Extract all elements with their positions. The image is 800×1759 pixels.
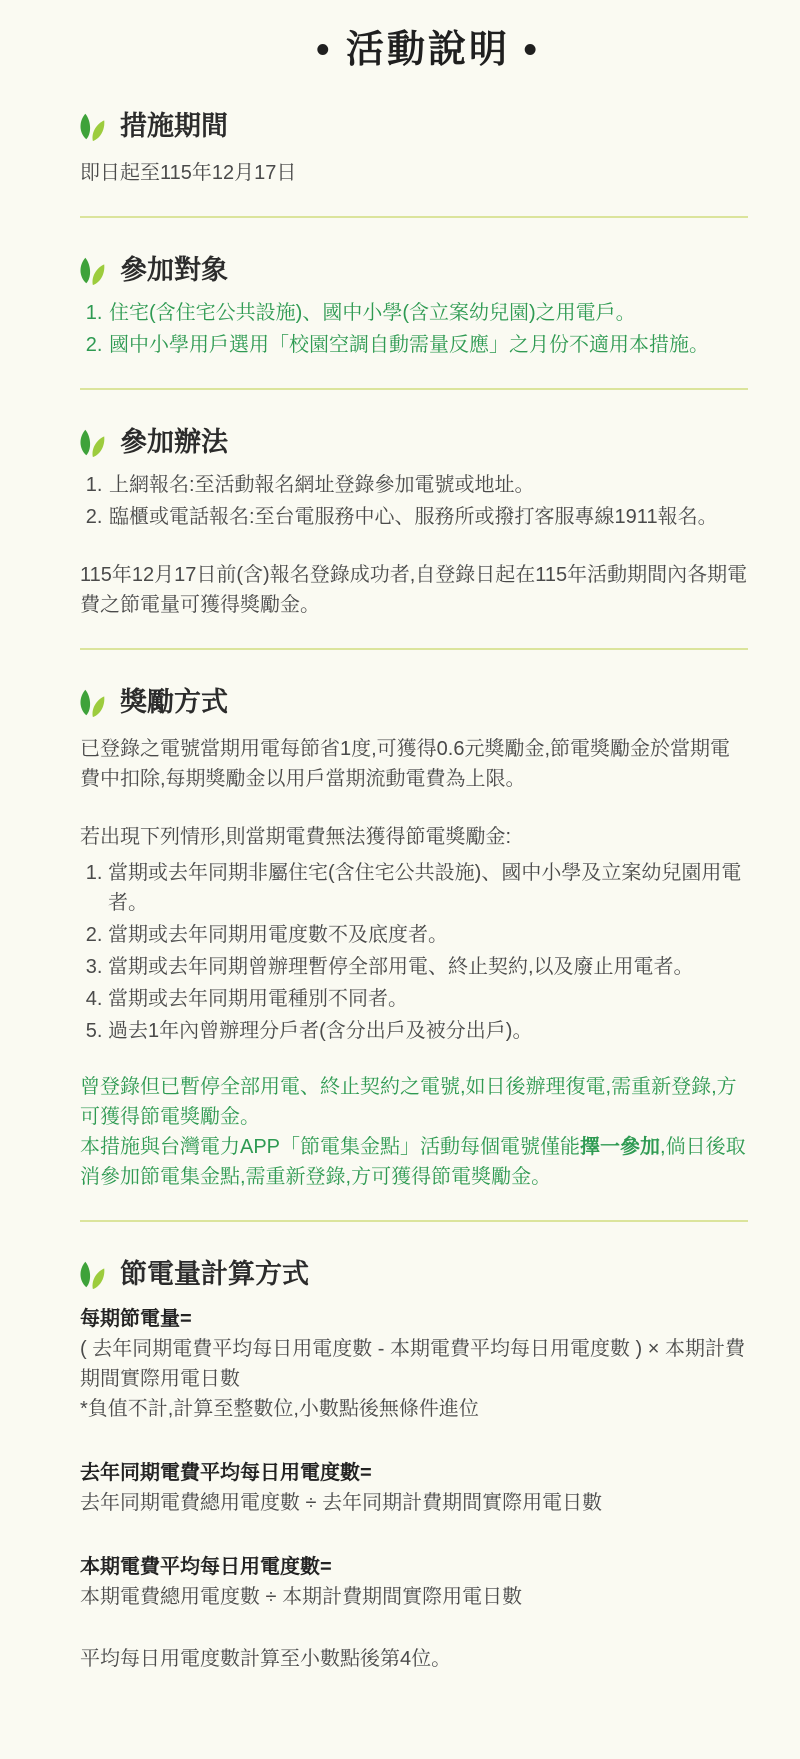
section-heading-label: 節電量計算方式 [120, 1256, 309, 1292]
formula-note: *負值不計,計算至整數位,小數點後無條件進位 [80, 1394, 748, 1424]
reward-intro: 已登錄之電號當期用電每節省1度,可獲得0.6元獎勵金,節電獎勵金於當期電費中扣除… [80, 734, 748, 794]
green-note-text: 本措施與台灣電力APP「節電集金點」活動每個電號僅能 [80, 1136, 580, 1158]
list-item: 當期或去年同期用電度數不及底度者。 [108, 920, 748, 950]
green-note-emphasis: 擇一參加 [580, 1136, 660, 1158]
conditions-title: 若出現下列情形,則當期電費無法獲得節電獎勵金: [80, 822, 748, 852]
section-heading-label: 獎勵方式 [120, 684, 228, 720]
activity-description-page: • 活動說明 • 措施期間 即日起至115年12月17日 參加對象 住宅(含住宅… [0, 0, 800, 1674]
section-reward: 獎勵方式 已登錄之電號當期用電每節省1度,可獲得0.6元獎勵金,節電獎勵金於當期… [80, 684, 748, 1192]
divider [80, 648, 748, 650]
green-note: 曾登錄但已暫停全部用電、終止契約之電號,如日後辦理復電,需重新登錄,方可獲得節電… [80, 1072, 748, 1132]
list-item: 住宅(含住宅公共設施)、國中小學(含立案幼兒園)之用電戶。 [108, 298, 748, 328]
double-leaf-icon [74, 425, 108, 459]
method-note: 115年12月17日前(含)報名登錄成功者,自登錄日起在115年活動期間內各期電… [80, 560, 748, 620]
list-item: 國中小學用戶選用「校園空調自動需量反應」之月份不適用本措施。 [108, 330, 748, 360]
section-heading-label: 參加對象 [120, 252, 228, 288]
formula-body: 去年同期電費總用電度數 ÷ 去年同期計費期間實際用電日數 [80, 1488, 748, 1518]
section-heading-period: 措施期間 [80, 108, 748, 144]
double-leaf-icon [74, 1257, 108, 1291]
audience-list: 住宅(含住宅公共設施)、國中小學(含立案幼兒園)之用電戶。 國中小學用戶選用「校… [80, 298, 748, 360]
section-heading-label: 措施期間 [120, 108, 228, 144]
formula-title: 每期節電量= [80, 1304, 748, 1334]
formula-title: 本期電費平均每日用電度數= [80, 1552, 748, 1582]
list-item: 臨櫃或電話報名:至台電服務中心、服務所或撥打客服專線1911報名。 [108, 502, 748, 532]
list-item: 當期或去年同期曾辦理暫停全部用電、終止契約,以及廢止用電者。 [108, 952, 748, 982]
section-heading-calculation: 節電量計算方式 [80, 1256, 748, 1292]
calculation-footnote: 平均每日用電度數計算至小數點後第4位。 [80, 1644, 748, 1674]
section-heading-method: 參加辦法 [80, 424, 748, 460]
section-heading-reward: 獎勵方式 [80, 684, 748, 720]
double-leaf-icon [74, 109, 108, 143]
list-item: 當期或去年同期非屬住宅(含住宅公共設施)、國中小學及立案幼兒園用電者。 [108, 858, 748, 918]
formula-body: 本期電費總用電度數 ÷ 本期計費期間實際用電日數 [80, 1582, 748, 1612]
formula-title: 去年同期電費平均每日用電度數= [80, 1458, 748, 1488]
list-item: 當期或去年同期用電種別不同者。 [108, 984, 748, 1014]
section-calculation: 節電量計算方式 每期節電量= ( 去年同期電費平均每日用電度數 - 本期電費平均… [80, 1256, 748, 1674]
period-text: 即日起至115年12月17日 [80, 158, 748, 188]
list-item: 上網報名:至活動報名網址登錄參加電號或地址。 [108, 470, 748, 500]
section-audience: 參加對象 住宅(含住宅公共設施)、國中小學(含立案幼兒園)之用電戶。 國中小學用… [80, 252, 748, 360]
divider [80, 1220, 748, 1222]
divider [80, 216, 748, 218]
double-leaf-icon [74, 685, 108, 719]
conditions-list: 當期或去年同期非屬住宅(含住宅公共設施)、國中小學及立案幼兒園用電者。 當期或去… [80, 858, 748, 1046]
reward-green-notes: 曾登錄但已暫停全部用電、終止契約之電號,如日後辦理復電,需重新登錄,方可獲得節電… [80, 1072, 748, 1192]
formula-body: ( 去年同期電費平均每日用電度數 - 本期電費平均每日用電度數 ) × 本期計費… [80, 1334, 748, 1394]
green-note: 本措施與台灣電力APP「節電集金點」活動每個電號僅能擇一參加,倘日後取消參加節電… [80, 1132, 748, 1192]
section-heading-label: 參加辦法 [120, 424, 228, 460]
divider [80, 388, 748, 390]
page-title: • 活動說明 • [80, 26, 776, 74]
list-item: 過去1年內曾辦理分戶者(含分出戶及被分出戶)。 [108, 1016, 748, 1046]
section-heading-audience: 參加對象 [80, 252, 748, 288]
method-list: 上網報名:至活動報名網址登錄參加電號或地址。 臨櫃或電話報名:至台電服務中心、服… [80, 470, 748, 532]
section-method: 參加辦法 上網報名:至活動報名網址登錄參加電號或地址。 臨櫃或電話報名:至台電服… [80, 424, 748, 620]
section-period: 措施期間 即日起至115年12月17日 [80, 108, 748, 188]
double-leaf-icon [74, 253, 108, 287]
